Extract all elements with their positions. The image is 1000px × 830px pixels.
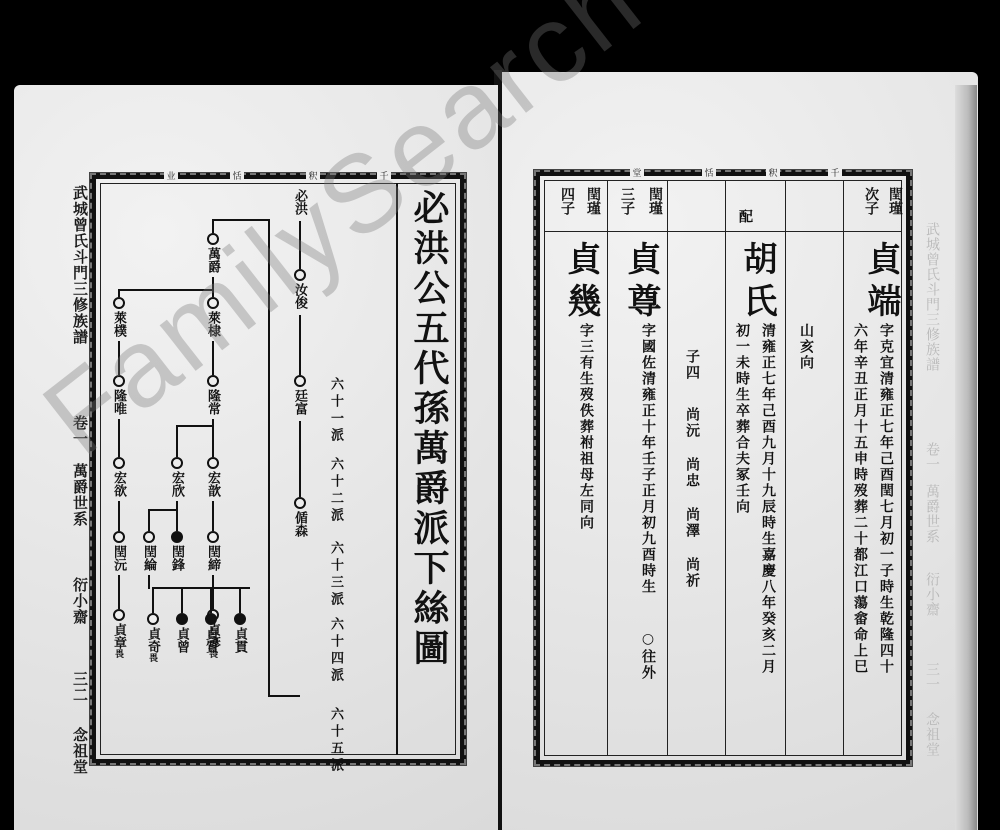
person-laidi[interactable]: 萊棣 — [205, 311, 219, 337]
lineage-line — [152, 587, 154, 613]
record-text: 字國佐清雍正十年壬子正月初九酉時生 — [637, 323, 659, 595]
child-name[interactable]: 尚沅 — [681, 407, 703, 439]
person-longwei[interactable]: 隆唯 — [111, 389, 125, 415]
header-birth-order: 四子 — [557, 187, 577, 215]
hall-sub-label: 衍小齋 — [70, 577, 91, 625]
branch-line — [268, 695, 300, 697]
branch-line — [148, 585, 150, 587]
person-runlun[interactable]: 閏綸 — [141, 545, 155, 571]
branch-line — [176, 425, 212, 427]
generation-64: 六十四派 — [326, 617, 345, 685]
top-mark: 千 — [377, 172, 391, 182]
column-divider — [843, 181, 844, 755]
lineage-line — [212, 419, 214, 457]
person-name-zhenzun[interactable]: 貞尊 — [617, 241, 666, 325]
person-hongyu[interactable]: 宏欲 — [111, 471, 125, 497]
person-zhenqi[interactable]: 貞奇畏 — [145, 627, 159, 662]
lineage-line — [212, 575, 214, 609]
lineage-line — [118, 341, 120, 375]
open-circle-icon — [207, 375, 219, 387]
ghost-margin-section: 萬爵世系 — [922, 484, 942, 544]
ghost-margin-page: 三一 — [922, 662, 942, 692]
open-circle-icon — [207, 531, 219, 543]
person-tingfu[interactable]: 廷富 — [292, 389, 306, 415]
column-divider — [667, 181, 668, 755]
left-page: 武城曾氏斗門三修族譜 卷一 萬爵世系 衍小齋 三二 念祖堂 业 恬 釈 千 必洪… — [14, 85, 498, 830]
person-zhenzhi[interactable]: 貞質 — [203, 627, 217, 653]
child-name[interactable]: 尚忠 — [681, 457, 703, 489]
ghost-margin-hall-sub: 衍小齋 — [922, 572, 942, 617]
branch-line — [212, 219, 270, 221]
lineage-line — [212, 341, 214, 375]
lineage-line — [176, 501, 178, 531]
record-text: 字克宜清雍正七年己酉閏七月初一子時生乾隆四十 — [875, 323, 897, 675]
generation-61: 六十一派 — [326, 377, 345, 445]
volume-label: 卷一 — [70, 415, 91, 447]
top-mark: 釈 — [306, 172, 320, 182]
ghost-margin-hall: 念祖堂 — [922, 712, 942, 757]
open-circle-icon — [207, 233, 219, 245]
lineage-line — [239, 587, 241, 613]
lineage-line — [181, 587, 183, 613]
lineage-line — [212, 501, 214, 531]
branch-line — [212, 219, 214, 233]
filled-circle-icon — [176, 613, 188, 625]
record-frame: 堂 恬 釈 千 閏瑾 次子 貞端 字克宜清雍正七年己酉閏七月初一子時生乾隆四十 … — [534, 170, 912, 766]
person-rujun[interactable]: 汝俊 — [292, 283, 306, 309]
person-bihong[interactable]: 必洪 — [292, 189, 306, 215]
lineage-line — [210, 587, 212, 613]
open-circle-icon — [171, 457, 183, 469]
person-name-zhenji[interactable]: 貞幾 — [557, 241, 606, 325]
open-circle-icon — [113, 531, 125, 543]
record-inner-border: 閏瑾 次子 貞端 字克宜清雍正七年己酉閏七月初一子時生乾隆四十 六年辛丑正月十五… — [544, 180, 902, 756]
filled-circle-icon — [205, 613, 217, 625]
branch-line — [152, 587, 250, 589]
record-text: 清雍正七年己酉九月十九辰時生嘉慶八年癸亥二月 — [757, 323, 779, 675]
person-hongxin-2[interactable]: 宏歆 — [205, 471, 219, 497]
header-birth-order: 次子 — [861, 187, 881, 215]
branch-line — [148, 509, 178, 511]
open-circle-icon — [113, 457, 125, 469]
ghost-margin-title: 武城曾氏斗門三修族譜 — [922, 222, 942, 372]
column-divider — [607, 181, 608, 755]
chart-frame: 业 恬 釈 千 必洪公五代孫萬爵派下絲圖 必洪 汝俊 廷富 偱森 萬爵 萊棣 隆… — [90, 173, 466, 765]
lineage-line — [299, 221, 301, 269]
person-longchang[interactable]: 隆常 — [205, 389, 219, 415]
title-divider — [396, 183, 398, 755]
top-mark: 恬 — [230, 172, 244, 182]
filled-circle-icon — [171, 531, 183, 543]
person-runti[interactable]: 閏締 — [205, 545, 219, 571]
generation-65: 六十五派 — [326, 707, 345, 775]
child-name[interactable]: 尚澤 — [681, 507, 703, 539]
hall-label: 念祖堂 — [70, 727, 91, 775]
top-mark: 堂 — [630, 169, 644, 179]
record-text: 初一未時生卒葬合夫冢壬向 — [731, 323, 753, 515]
person-zhenzhang[interactable]: 貞章畏 — [111, 623, 125, 658]
open-circle-icon — [113, 375, 125, 387]
person-laipu[interactable]: 萊樸 — [111, 311, 125, 337]
record-note: ○往外 — [637, 631, 659, 681]
generation-63: 六十三派 — [326, 541, 345, 609]
top-mark: 业 — [164, 172, 178, 182]
person-hongxin[interactable]: 宏欣 — [169, 471, 183, 497]
lineage-line — [118, 501, 120, 531]
lineage-line — [148, 509, 150, 531]
open-circle-icon — [294, 375, 306, 387]
top-mark: 釈 — [766, 169, 780, 179]
open-circle-icon — [294, 269, 306, 281]
person-zhenzeng[interactable]: 貞曾 — [174, 627, 188, 653]
branch-line — [118, 289, 212, 291]
record-text: 六年辛丑正月十五申時歿葬二十都江口蕩畲命上巳 — [849, 323, 871, 675]
branch-line — [268, 219, 270, 697]
open-circle-icon — [147, 613, 159, 625]
lineage-line — [299, 421, 301, 497]
branch-line — [176, 425, 178, 457]
book-title: 武城曾氏斗門三修族譜 — [70, 185, 91, 345]
header-father: 閏瑾 — [583, 187, 603, 215]
column-divider — [785, 181, 786, 755]
lineage-line — [118, 289, 120, 297]
top-mark: 千 — [828, 169, 842, 179]
top-mark: 恬 — [702, 169, 716, 179]
person-zhenguan[interactable]: 貞貫 — [232, 627, 246, 653]
person-runyuan[interactable]: 閏沅 — [111, 545, 125, 571]
page-edge — [955, 85, 977, 830]
person-wanjue[interactable]: 萬爵 — [205, 247, 219, 273]
chart-title: 必洪公五代孫萬爵派下絲圖 — [404, 189, 455, 669]
lineage-line — [118, 419, 120, 457]
record-text: 字三有生歿佚葬祔祖母左同向 — [575, 323, 597, 531]
record-text: 山亥向 — [795, 323, 817, 371]
open-circle-icon — [207, 457, 219, 469]
lineage-line — [299, 315, 301, 375]
header-father: 閏瑾 — [645, 187, 665, 215]
generation-62: 六十二派 — [326, 457, 345, 525]
right-page: 堂 恬 釈 千 閏瑾 次子 貞端 字克宜清雍正七年己酉閏七月初一子時生乾隆四十 … — [502, 72, 978, 830]
page-number: 三二 — [70, 671, 91, 703]
open-circle-icon — [113, 609, 125, 621]
open-circle-icon — [294, 497, 306, 509]
child-name[interactable]: 尚祈 — [681, 557, 703, 589]
header-father: 閏瑾 — [885, 187, 905, 215]
open-circle-icon — [143, 531, 155, 543]
lineage-line — [212, 277, 214, 297]
chart-inner-border — [100, 183, 456, 755]
open-circle-icon — [113, 297, 125, 309]
header-spouse: 配 — [735, 209, 755, 223]
filled-circle-icon — [234, 613, 246, 625]
branch-line — [148, 587, 150, 589]
lineage-line — [118, 575, 120, 609]
person-xunsen[interactable]: 偱森 — [292, 511, 306, 537]
children-label: 子四 — [681, 349, 703, 381]
person-name-zhenduan[interactable]: 貞端 — [857, 241, 906, 325]
section-label: 萬爵世系 — [70, 463, 91, 527]
person-runfeng[interactable]: 閏鋒 — [169, 545, 183, 571]
person-name-hushi[interactable]: 胡氏 — [733, 241, 782, 325]
header-birth-order: 三子 — [617, 187, 637, 215]
ghost-margin-volume: 卷一 — [922, 442, 942, 472]
column-divider — [725, 181, 726, 755]
open-circle-icon — [207, 297, 219, 309]
